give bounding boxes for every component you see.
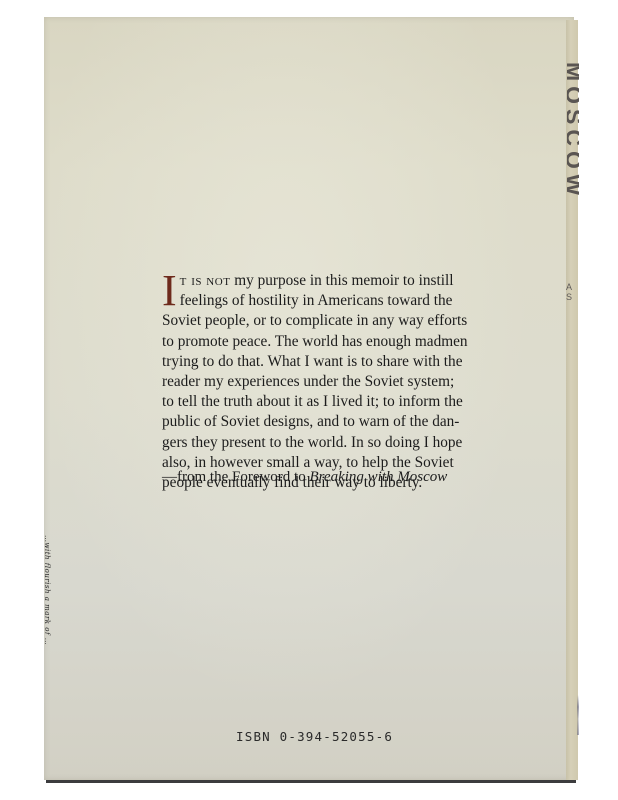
foreword-quote: I t is not my purpose in this memoir to …: [162, 271, 445, 493]
quote-line: public of Soviet designs, and to warn of…: [162, 412, 445, 432]
spine-subtitle-letter: S: [566, 292, 578, 302]
attribution-book-title: Breaking with Moscow: [309, 469, 447, 485]
spine-edge-mark: [577, 695, 579, 735]
quote-line: feelings of hostility in Americans towar…: [162, 291, 445, 311]
quote-line: gers they present to the world. In so do…: [162, 433, 445, 453]
isbn-number: ISBN 0-394-52055-6: [236, 729, 393, 744]
spine-subtitle: A S: [566, 282, 578, 312]
quote-line: reader my experiences under the Soviet s…: [162, 372, 445, 392]
quote-line-text: my purpose in this memoir to instill: [230, 272, 453, 289]
left-edge-bleed-through-text: …with flourish a mark of …: [45, 535, 51, 735]
quote-line: to promote peace. The world has enough m…: [162, 332, 445, 352]
quote-line: t is not my purpose in this memoir to in…: [162, 271, 445, 291]
quote-line: trying to do that. What I want is to sha…: [162, 352, 445, 372]
spine-title: MOSCOW: [567, 62, 579, 262]
quote-line: Soviet people, or to complicate in any w…: [162, 311, 445, 331]
quote-attribution: —from the Foreword to Breaking with Mosc…: [162, 467, 445, 487]
quote-line: to tell the truth about it as I lived it…: [162, 392, 445, 412]
drop-cap: I: [162, 273, 177, 311]
spine-subtitle-letter: A: [566, 282, 578, 292]
spine-title-text: MOSCOW: [568, 62, 579, 201]
quote-lead-smallcaps: t is not: [180, 272, 231, 289]
attribution-prefix: —from the Foreword to: [162, 469, 309, 485]
bleed-text: …with flourish a mark of …: [45, 535, 51, 645]
